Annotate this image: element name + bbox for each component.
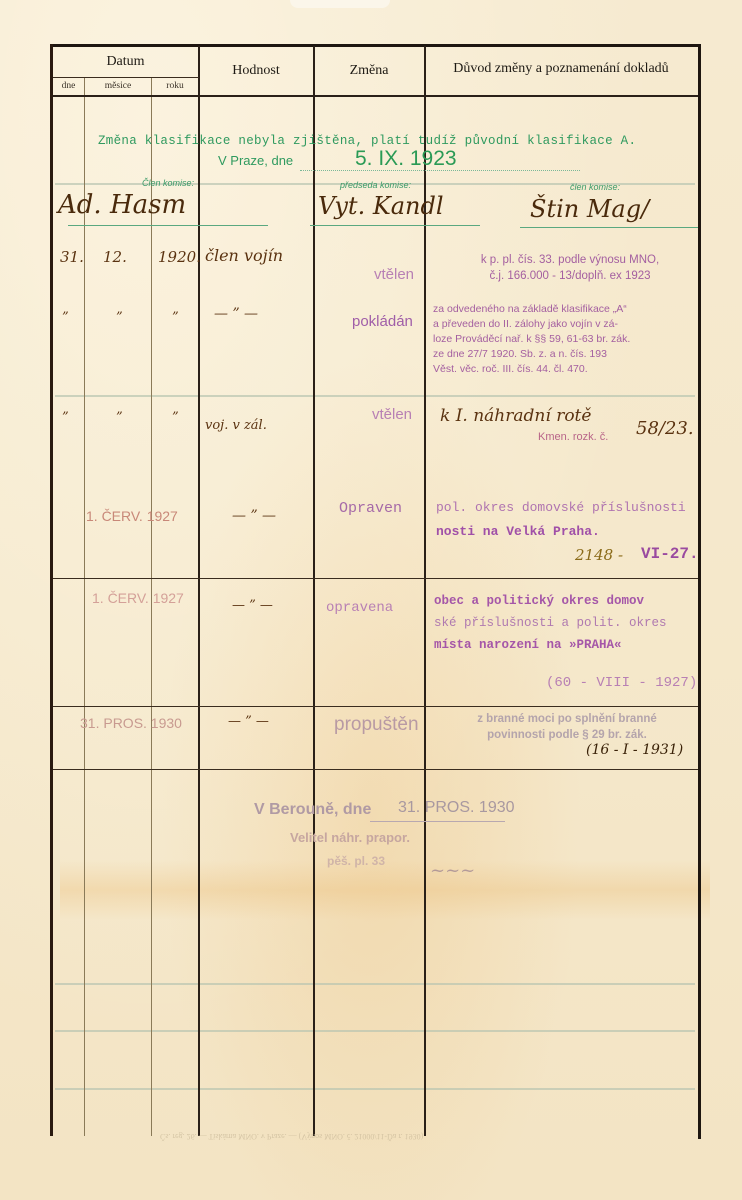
- row2-zmena: pokládán: [352, 313, 413, 330]
- row6-hodnost: — ” —: [228, 714, 269, 729]
- row2-duvod-line: loze Prováděcí nař. k §§ 59, 61-63 br. z…: [433, 332, 698, 347]
- row2-duvod-line: Věst. věc. roč. III. čís. 44. čl. 470.: [433, 362, 698, 377]
- row1-duvod-line: k p. pl. čís. 33. podle výnosu MNO,: [445, 252, 695, 268]
- row2-dne: ”: [62, 310, 69, 325]
- row2-roku: ”: [172, 310, 179, 325]
- row6-duvod-line: povinnosti podle § 29 br. zák.: [432, 727, 702, 743]
- signature-chairman: Vyt. Kandl: [318, 192, 444, 220]
- header-bottom-line: [53, 95, 698, 97]
- row4-duvod: pol. okres domovské příslušnosti nosti n…: [436, 496, 686, 544]
- row1-mesice: 12.: [103, 248, 127, 266]
- row5-duvod-line: ské příslušnosti a polit. okres: [434, 612, 700, 634]
- row6-date-stamp: 31. PROS. 1930: [80, 715, 182, 731]
- header-datum: Datum: [53, 54, 198, 70]
- row4-duvod-line: pol. okres domovské příslušnosti: [436, 496, 686, 520]
- row2-hodnost: — ” —: [214, 306, 258, 322]
- classification-stamp-text: Změna klasifikace nebyla zjištěna, platí…: [98, 134, 636, 148]
- row6-zmena: propuštěn: [334, 714, 419, 736]
- row2-duvod-line: ze dne 27/7 1920. Sb. z. a n. čís. 193: [433, 347, 698, 362]
- row4-ref-handwritten: 2148 -: [575, 546, 623, 564]
- signature-member-right: Štin Mag/: [530, 195, 649, 223]
- closing-stamp-date: 31. PROS. 1930: [398, 799, 515, 817]
- row4-zmena: Opraven: [339, 500, 402, 517]
- row2-mesice: ”: [116, 310, 123, 325]
- row1-roku: 1920.: [158, 248, 201, 266]
- table-frame-left-edge: [50, 44, 53, 1136]
- row1-duvod: k p. pl. čís. 33. podle výnosu MNO, č.j.…: [445, 252, 695, 284]
- row3-hodnost: voj. v zál.: [205, 418, 267, 433]
- row4-date-stamp: 1. ČERV. 1927: [86, 508, 178, 524]
- row2-duvod: za odvedeného na základě klasifikace „A“…: [433, 302, 698, 377]
- row4-duvod-line: nosti na Velká Praha.: [436, 520, 686, 544]
- closing-stamp-unit: pěš. pl. 33: [327, 854, 385, 868]
- row-separator: [53, 578, 698, 579]
- row5-duvod-line: místa narození na »PRAHA«: [434, 634, 700, 656]
- row3-kmen-label: Kmen. rozk. č.: [538, 431, 608, 443]
- row5-zmena: opravena: [326, 600, 393, 616]
- datum-subheader-line: [53, 77, 199, 78]
- closing-stamp-place: V Berouně, dne: [254, 801, 371, 819]
- signature-line-center: [310, 225, 480, 226]
- header-zmena: Změna: [314, 63, 424, 79]
- row-separator: [53, 769, 698, 770]
- row5-hodnost: — ” —: [232, 598, 273, 613]
- classification-date: 5. IX. 1923: [355, 147, 457, 171]
- label-member-left: Člen komise:: [142, 178, 194, 188]
- closing-stamp-title: Velitel náhr. prapor.: [290, 830, 410, 845]
- row2-duvod-line: za odvedeného na základě klasifikace „A“: [433, 302, 698, 317]
- row-separator: [53, 706, 698, 707]
- signature-line-right: [520, 227, 698, 228]
- header-duvod: Důvod změny a poznamenání dokladů: [425, 61, 697, 77]
- row1-zmena: vtělen: [374, 266, 414, 283]
- row1-duvod-line: č.j. 166.000 - 13/doplň. ex 1923: [445, 268, 695, 284]
- row5-date-stamp: 1. ČERV. 1927: [92, 590, 184, 606]
- label-member-right: člen komise:: [570, 182, 620, 192]
- row3-duvod: k I. náhradní rotě: [440, 406, 591, 426]
- date-dotted-line: [300, 170, 580, 172]
- row2-duvod-line: a převeden do II. zálohy jako vojín v zá…: [433, 317, 698, 332]
- row3-dne: ”: [62, 410, 69, 425]
- row6-duvod: z branné moci po splnění branné povinnos…: [432, 711, 702, 743]
- column-divider-datum: [198, 46, 200, 1136]
- row1-dne: 31.: [60, 248, 84, 266]
- header-mesice: měsice: [85, 81, 151, 91]
- signature-member-left: Ad. Hasm: [58, 190, 186, 220]
- classification-place: V Praze, dne: [218, 153, 293, 168]
- closing-stamp-underline: [370, 821, 505, 822]
- closing-signature: ~~~: [430, 860, 475, 881]
- footer-print-mark: Čs. reg. 26. — Tiskárna MNO. v Praze. — …: [160, 1132, 423, 1141]
- header-roku: roku: [152, 81, 198, 91]
- row3-mesice: ”: [116, 410, 123, 425]
- row3-kmen-value: 58/23.: [636, 418, 694, 439]
- row3-roku: ”: [172, 410, 179, 425]
- row6-ref: (16 - I - 1931): [586, 742, 683, 758]
- signature-line-left: [68, 225, 268, 226]
- row4-hodnost: — ” —: [232, 508, 276, 524]
- row4-ref-stamp: VI-27.: [641, 545, 699, 563]
- column-divider-mesice: [151, 78, 152, 1136]
- row1-hodnost: člen vojín: [205, 246, 283, 265]
- row6-duvod-line: z branné moci po splnění branné: [432, 711, 702, 727]
- column-divider-hodnost: [313, 46, 315, 1136]
- header-hodnost: Hodnost: [199, 63, 313, 79]
- row3-zmena: vtělen: [372, 406, 412, 423]
- column-divider-dne: [84, 78, 85, 1136]
- paper-notch: [290, 0, 390, 8]
- row5-duvod-line: obec a politický okres domov: [434, 590, 700, 612]
- row5-ref: (60 - VIII - 1927): [546, 675, 697, 691]
- label-chairman: předseda komise:: [340, 180, 411, 190]
- header-dne: dne: [53, 81, 84, 91]
- row5-duvod: obec a politický okres domov ské přísluš…: [434, 590, 700, 656]
